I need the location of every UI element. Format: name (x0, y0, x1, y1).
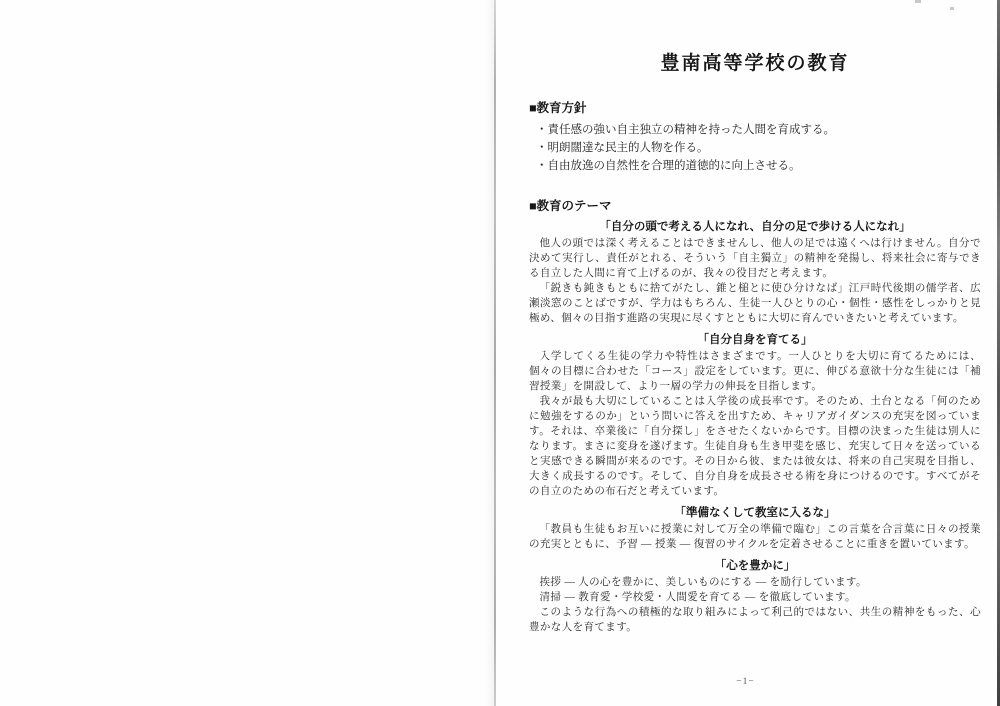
right-page: 豊南高等学校の教育 ■教育方針 ・責任感の強い自主独立の精神を持った人間を育成す… (497, 0, 997, 706)
section-heading-theme: ■教育のテーマ (529, 199, 981, 213)
policy-bullet: ・責任感の強い自主独立の精神を持った人間を育成する。 (536, 121, 981, 139)
body-paragraph: 我々が最も大切にしていることは入学後の成長率です。そのため、土台となる「何のため… (529, 394, 981, 499)
body-paragraph: 清掃 ― 教育愛・学校愛・人間愛を育てる ― を徹底しています。 (529, 590, 981, 605)
theme-title: 「自分自身を育てる」 (529, 332, 981, 349)
policy-bullet: ・自由放逸の自然性を合理的道徳的に向上させる。 (536, 157, 981, 175)
theme-title: 「自分の頭で考える人になれ、自分の足で歩ける人になれ」 (529, 219, 981, 236)
theme-title: 「準備なくして教室に入るな」 (529, 505, 981, 522)
policy-bullet-list: ・責任感の強い自主独立の精神を持った人間を育成する。 ・明朗闊達な民主的人物を作… (529, 121, 981, 175)
page-fold-line (494, 0, 496, 706)
body-paragraph: 入学してくる生徒の学力や特性はさまざまです。一人ひとりを大切に育てるためには、個… (529, 349, 981, 394)
body-paragraph: 他人の頭では深く考えることはできませんし、他人の足では遠くへは行けません。自分で… (529, 236, 981, 281)
document-title: 豊南高等学校の教育 (529, 48, 981, 75)
page-number: −1− (497, 677, 994, 687)
body-paragraph: 「鋭きも鈍きもともに捨てがたし、錐と槌とに使ひ分けなば」江戸時代後期の儒学者、広… (529, 281, 981, 326)
body-paragraph: 挨拶 ― 人の心を豊かに、美しいものにする ― を励行しています。 (529, 575, 981, 590)
theme-title: 「心を豊かに」 (529, 558, 981, 575)
scanned-book-spread: 豊南高等学校の教育 ■教育方針 ・責任感の強い自主独立の精神を持った人間を育成す… (0, 0, 1000, 706)
policy-bullet: ・明朗闊達な民主的人物を作る。 (536, 139, 981, 157)
body-paragraph: 「教員も生徒もお互いに授業に対して万全の準備で臨む」この言葉を合言葉に日々の授業… (529, 522, 981, 552)
section-heading-policy: ■教育方針 (529, 101, 981, 115)
body-paragraph: このような行為への積極的な取り組みによって利己的ではない、共生の精神をもった、心… (529, 605, 981, 635)
page-content: 豊南高等学校の教育 ■教育方針 ・責任感の強い自主独立の精神を持った人間を育成す… (529, 0, 981, 635)
left-page-blank (0, 0, 494, 706)
